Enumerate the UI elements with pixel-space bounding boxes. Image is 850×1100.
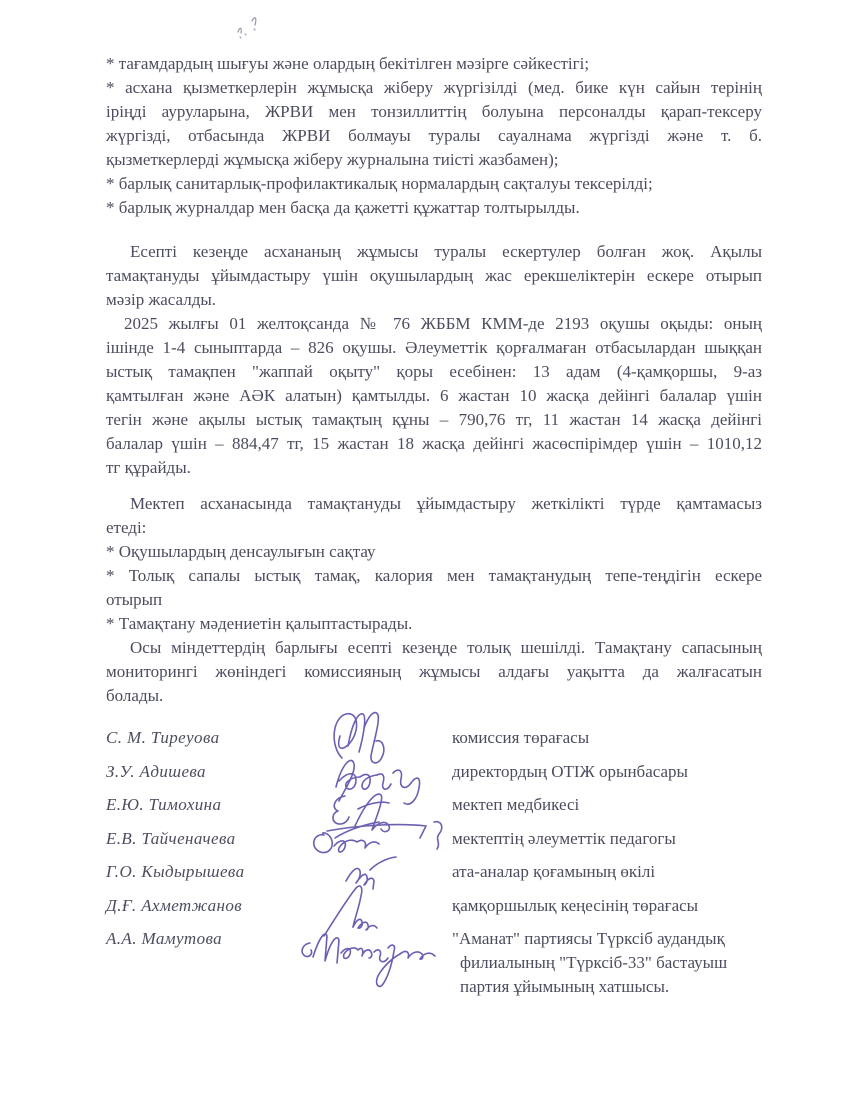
document-body: * тағамдардың шығуы және олардың бекітіл…	[106, 52, 762, 1009]
text-line: * барлық санитарлық-профилактикалық норм…	[106, 172, 762, 196]
signer-name: Е.В. Тайченачева	[106, 827, 302, 851]
signer-name: Е.Ю. Тимохина	[106, 793, 302, 817]
report-text: * тағамдардың шығуы және олардың бекітіл…	[106, 52, 762, 708]
text-line: * Оқушылардың денсаулығын сақтау	[106, 540, 762, 564]
signer-title: мектеп медбикесі	[452, 793, 762, 817]
paragraph-10: * Тамақтану мәдениетін қалыптастырады.	[106, 612, 762, 636]
signer-title-line: мектеп медбикесі	[452, 793, 762, 817]
signer-title: комиссия төрағасы	[452, 726, 762, 750]
signer-title: директордың ОТІЖ орынбасары	[452, 760, 762, 784]
signer-title: мектептің әлеуметтік педагогы	[452, 827, 762, 851]
text-line: тегін және ақылы ыстық тамақтың құны – 7…	[106, 408, 762, 432]
paragraph-9: * Толық сапалы ыстық тамақ, калория мен …	[106, 564, 762, 612]
signature-block: С. М. Тиреуова комиссия төрағасыЗ.У. Ади…	[106, 726, 762, 999]
text-line: тг құрайды.	[106, 456, 762, 480]
text-line: қамтылған және АӘК алатын) қамтылды. 6 ж…	[106, 384, 762, 408]
signature-area	[302, 927, 452, 951]
signature-area	[302, 827, 452, 851]
signer-name: С. М. Тиреуова	[106, 726, 302, 750]
text-line: ішінде 1-4 сыныптарда – 826 оқушы. Әлеум…	[106, 336, 762, 360]
text-line: іріңді ауруларына, ЖРВИ мен тонзиллиттің…	[106, 100, 762, 124]
text-line: 2025 жылғы 01 желтоқсанда № 76 ЖББМ КММ-…	[106, 312, 762, 336]
signer-name: З.У. Адишева	[106, 760, 302, 784]
signature-row-2: З.У. Адишева директордың ОТІЖ орынбасары	[106, 760, 762, 784]
text-line: ыстық тамақпен "жаппай оқыту" қоры есебі…	[106, 360, 762, 384]
text-line: қызметкерлерді жұмысқа жіберу журналына …	[106, 148, 762, 172]
signer-title-line: мектептің әлеуметтік педагогы	[452, 827, 762, 851]
signer-title: қамқоршылық кеңесінің төрағасы	[452, 894, 762, 918]
signature-row-5: Г.О. Кыдырышева ата-аналар қоғамының өкі…	[106, 860, 762, 884]
text-line: * барлық журналдар мен басқа да қажетті …	[106, 196, 762, 220]
paragraph-1: * тағамдардың шығуы және олардың бекітіл…	[106, 52, 762, 76]
signer-title-line: "Аманат" партиясы Түрксіб аудандық	[452, 927, 762, 951]
text-line: етеді:	[106, 516, 762, 540]
paragraph-3: * барлық санитарлық-профилактикалық норм…	[106, 172, 762, 196]
scanned-document-page: * тағамдардың шығуы және олардың бекітіл…	[0, 0, 850, 1100]
text-line: тамақтануды ұйымдастыру үшін оқушылардың…	[106, 264, 762, 288]
text-line: балалар үшін – 884,47 тг, 15 жастан 18 ж…	[106, 432, 762, 456]
signer-name: Д.Ғ. Ахметжанов	[106, 894, 302, 918]
text-line: отырып	[106, 588, 762, 612]
signer-title-line: қамқоршылық кеңесінің төрағасы	[452, 894, 762, 918]
text-line: * Тамақтану мәдениетін қалыптастырады.	[106, 612, 762, 636]
text-line: мәзір жасалды.	[106, 288, 762, 312]
signature-row-3: Е.Ю. Тимохина мектеп медбикесі	[106, 793, 762, 817]
faint-pen-mark	[232, 12, 262, 42]
signer-title-line: ата-аналар қоғамының өкілі	[452, 860, 762, 884]
paragraph-2: * асхана қызметкерлерін жұмысқа жіберу ж…	[106, 76, 762, 172]
signer-title-line: партия ұйымының хатшысы.	[452, 975, 762, 999]
paragraph-11: Осы міндеттердің барлығы есепті кезеңде …	[106, 636, 762, 708]
signer-title: ата-аналар қоғамының өкілі	[452, 860, 762, 884]
signature-area	[302, 793, 452, 817]
paragraph-7: Мектеп асханасында тамақтануды ұйымдасты…	[106, 492, 762, 540]
text-line: Есепті кезеңде асхананың жұмысы туралы е…	[106, 240, 762, 264]
signer-title: "Аманат" партиясы Түрксіб аудандықфилиал…	[452, 927, 762, 999]
text-line: жүргізді, отбасында ЖРВИ болмауы туралы …	[106, 124, 762, 148]
signer-title-line: директордың ОТІЖ орынбасары	[452, 760, 762, 784]
signer-name: Г.О. Кыдырышева	[106, 860, 302, 884]
text-line: мониторингі жөніндегі комиссияның жұмысы…	[106, 660, 762, 684]
text-line: * асхана қызметкерлерін жұмысқа жіберу ж…	[106, 76, 762, 100]
signer-title-line: филиалының "Түрксіб-33" бастауыш	[452, 951, 762, 975]
signer-name: А.А. Мамутова	[106, 927, 302, 951]
signer-title-line: комиссия төрағасы	[452, 726, 762, 750]
signature-mamutova-ink	[296, 907, 446, 993]
paragraph-4: * барлық журналдар мен басқа да қажетті …	[106, 196, 762, 220]
text-line: Мектеп асханасында тамақтануды ұйымдасты…	[106, 492, 762, 516]
text-line: * Толық сапалы ыстық тамақ, калория мен …	[106, 564, 762, 588]
text-line: Осы міндеттердің барлығы есепті кезеңде …	[106, 636, 762, 660]
text-line: болады.	[106, 684, 762, 708]
paragraph-6: 2025 жылғы 01 желтоқсанда № 76 ЖББМ КММ-…	[106, 312, 762, 480]
paragraph-5: Есепті кезеңде асхананың жұмысы туралы е…	[106, 240, 762, 312]
paragraph-8: * Оқушылардың денсаулығын сақтау	[106, 540, 762, 564]
signature-row-7: А.А. Мамутова "Аманат" партиясы Түрксіб …	[106, 927, 762, 999]
signature-row-4: Е.В. Тайченачева мектептің әлеуметтік пе…	[106, 827, 762, 851]
text-line: * тағамдардың шығуы және олардың бекітіл…	[106, 52, 762, 76]
